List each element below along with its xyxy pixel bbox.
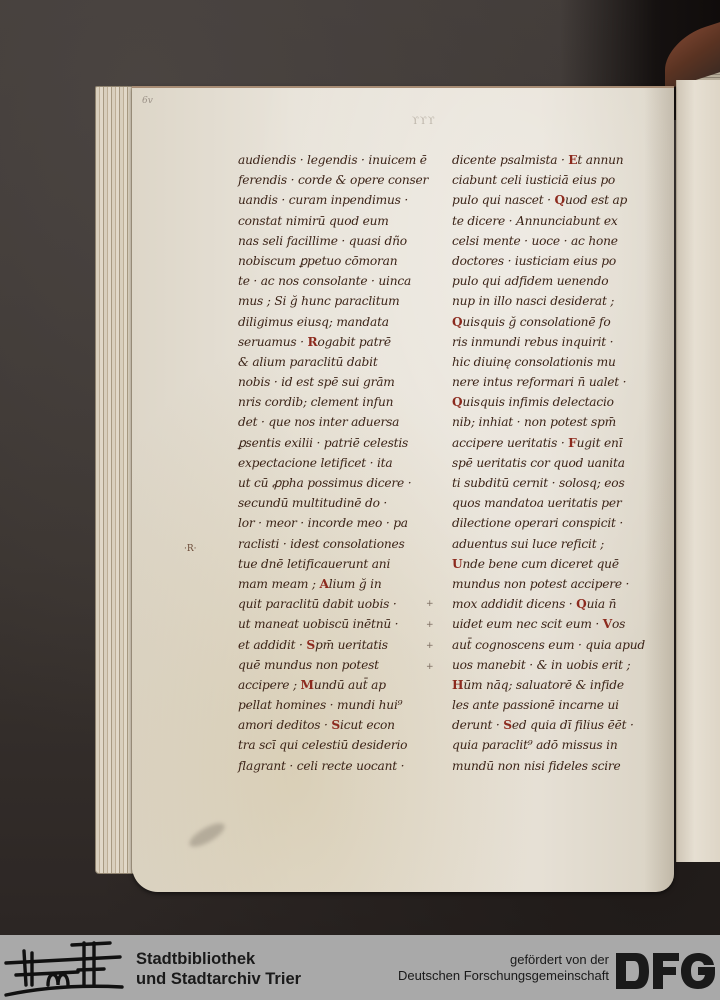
manuscript-line: Unde bene cum diceret quē xyxy=(452,554,645,574)
manuscript-line: Quisquis ğ consolationē fo xyxy=(452,312,645,332)
manuscript-line: seruamus · Rogabit patrē xyxy=(238,332,428,352)
manuscript-line: nup in illo nasci desiderat ; xyxy=(452,291,645,311)
rubric-initial: Q xyxy=(452,395,462,409)
library-name-line1: Stadtbibliothek xyxy=(136,949,301,969)
manuscript-line: derunt · Sed quia dī filius ēēt · xyxy=(452,715,645,735)
rubric-initial: S xyxy=(331,718,340,732)
manuscript-line: raclisti · idest consolationes xyxy=(238,534,428,554)
text-column-right: dicente psalmista · Et annunciabunt celi… xyxy=(452,150,645,776)
manuscript-line: ferendis · corde & opere conser xyxy=(238,170,428,190)
manuscript-line: ti subditū cernit · solosq; eos xyxy=(452,473,645,493)
rubric-initial: F xyxy=(568,436,576,450)
manuscript-line: accipere ueritatis · Fugit enī xyxy=(452,433,645,453)
facing-page-edge xyxy=(676,80,720,862)
manuscript-line: mam meam ; Alium ğ in xyxy=(238,574,428,594)
manuscript-line: nas seli facillime · quasi dño xyxy=(238,231,428,251)
manuscript-line: Hūm nāq; saluatorē & infide xyxy=(452,675,645,695)
manuscript-line: ut cū ꝓpha possimus dicere · xyxy=(238,473,428,493)
manuscript-line: hic diuinę consolationis mu xyxy=(452,352,645,372)
stadtbibliothek-logo-icon xyxy=(4,939,128,997)
manuscript-line: quia paraclit⁹ adō missus in xyxy=(452,735,645,755)
manuscript-line: nobis · id est spē sui grām xyxy=(238,372,428,392)
library-name: Stadtbibliothek und Stadtarchiv Trier xyxy=(136,949,301,989)
manuscript-line: doctores · iusticiam eius po xyxy=(452,251,645,271)
manuscript-line: aduentus sui luce reficit ; xyxy=(452,534,645,554)
manuscript-line: accipere ; Mundū aut̄ ap xyxy=(238,675,428,695)
margin-cross: + xyxy=(426,615,434,636)
manuscript-line: & alium paraclitū dabit xyxy=(238,352,428,372)
manuscript-line: te · ac nos consolante · uinca xyxy=(238,271,428,291)
funding-credit: gefördert von der Deutschen Forschungsge… xyxy=(398,952,609,984)
margin-cross: + xyxy=(426,594,434,615)
manuscript-line: constat nimirū quod eum xyxy=(238,211,428,231)
rubric-initial: A xyxy=(320,577,329,591)
stain xyxy=(186,819,228,851)
manuscript-line: diligimus eiusq; mandata xyxy=(238,312,428,332)
manuscript-line: mundū non nisi fideles scire xyxy=(452,756,645,776)
footer-banner: Stadtbibliothek und Stadtarchiv Trier ge… xyxy=(0,935,720,1000)
margin-note: ·R· xyxy=(184,544,197,554)
manuscript-line: tra scī qui celestiū desiderio xyxy=(238,735,428,755)
manuscript-line: uos manebit · & in uobis erit ; xyxy=(452,655,645,675)
manuscript-line: dicente psalmista · Et annun xyxy=(452,150,645,170)
manuscript-line: ris inmundi rebus inquirit · xyxy=(452,332,645,352)
rubric-initial: V xyxy=(603,617,612,631)
manuscript-line: lor · meor · incorde meo · pa xyxy=(238,513,428,533)
manuscript-line: aut̄ cognoscens eum · quia apud xyxy=(452,635,645,655)
manuscript-line: uidet eum nec scit eum · Vos xyxy=(452,614,645,634)
manuscript-line: quos mandatoa ueritatis per xyxy=(452,493,645,513)
margin-cross: + xyxy=(426,636,434,657)
manuscript-line: mox addidit dicens · Quia n̄ xyxy=(452,594,645,614)
rubric-initial: H xyxy=(452,678,463,692)
faint-page-mark: ϒϒϒ xyxy=(412,116,436,127)
manuscript-line: celsi mente · uoce · ac hone xyxy=(452,231,645,251)
gutter-shade xyxy=(644,88,674,892)
manuscript-line: expectacione letificet · ita xyxy=(238,453,428,473)
manuscript-line: nris cordib; clement infun xyxy=(238,392,428,412)
manuscript-line: te dicere · Annunciabunt ex xyxy=(452,211,645,231)
dfg-logo-icon xyxy=(616,953,715,989)
manuscript-line: det · que nos inter aduersa xyxy=(238,412,428,432)
manuscript-line: uandis · curam inpendimus · xyxy=(238,190,428,210)
rubric-initial: S xyxy=(503,718,512,732)
rubric-initial: R xyxy=(308,335,318,349)
text-column-left: audiendis · legendis · inuicem ēferendis… xyxy=(238,150,428,776)
rubric-initial: M xyxy=(301,678,314,692)
manuscript-line: quē mundus non potest xyxy=(238,655,428,675)
manuscript-line: flagrant · celi recte uocant · xyxy=(238,756,428,776)
manuscript-line: pellat homines · mundi hui⁹ xyxy=(238,695,428,715)
rubric-initial: Q xyxy=(452,315,462,329)
manuscript-line: audiendis · legendis · inuicem ē xyxy=(238,150,428,170)
manuscript-line: ut maneat uobiscū inētnū · xyxy=(238,614,428,634)
rubric-initial: U xyxy=(452,557,462,571)
manuscript-line: nib; inhiat · non potest spm̄ xyxy=(452,412,645,432)
library-name-line2: und Stadtarchiv Trier xyxy=(136,969,301,989)
manuscript-line: amori deditos · Sicut econ xyxy=(238,715,428,735)
manuscript-line: ꝑsentis exilii · patriē celestis xyxy=(238,433,428,453)
manuscript-line: ciabunt celi iusticiā eius po xyxy=(452,170,645,190)
funding-line1: gefördert von der xyxy=(398,952,609,968)
margin-cross: + xyxy=(426,657,434,678)
margin-crosses: ++++ xyxy=(426,594,434,678)
manuscript-line: nobiscum ꝑpetuo cōmoran xyxy=(238,251,428,271)
rubric-initial: Q xyxy=(555,193,565,207)
funding-line2: Deutschen Forschungsgemeinschaft xyxy=(398,968,609,984)
manuscript-line: les ante passionē incarne ui xyxy=(452,695,645,715)
manuscript-line: mundus non potest accipere · xyxy=(452,574,645,594)
rubric-initial: Q xyxy=(576,597,586,611)
rubric-initial: S xyxy=(306,638,315,652)
rubric-initial: E xyxy=(568,153,577,167)
manuscript-line: pulo qui nascet · Quod est ap xyxy=(452,190,645,210)
folio-number: 6v xyxy=(142,96,153,106)
manuscript-line: nere intus reformari n̄ ualet · xyxy=(452,372,645,392)
manuscript-line: pulo qui adfidem uenendo xyxy=(452,271,645,291)
manuscript-line: Quisquis infimis delectacio xyxy=(452,392,645,412)
manuscript-line: spē ueritatis cor quod uanita xyxy=(452,453,645,473)
manuscript-line: mus ; Si ğ hunc paraclitum xyxy=(238,291,428,311)
manuscript-page: 6v ϒϒϒ ·R· audiendis · legendis · inuice… xyxy=(132,86,674,892)
manuscript-line: quit paraclitū dabit uobis · xyxy=(238,594,428,614)
manuscript-line: secundū multitudinē do · xyxy=(238,493,428,513)
page-stack-edge xyxy=(95,86,137,874)
manuscript-line: tue dnē letificauerunt ani xyxy=(238,554,428,574)
manuscript-line: dilectione operari conspicit · xyxy=(452,513,645,533)
manuscript-line: et addidit · Spm̄ ueritatis xyxy=(238,635,428,655)
